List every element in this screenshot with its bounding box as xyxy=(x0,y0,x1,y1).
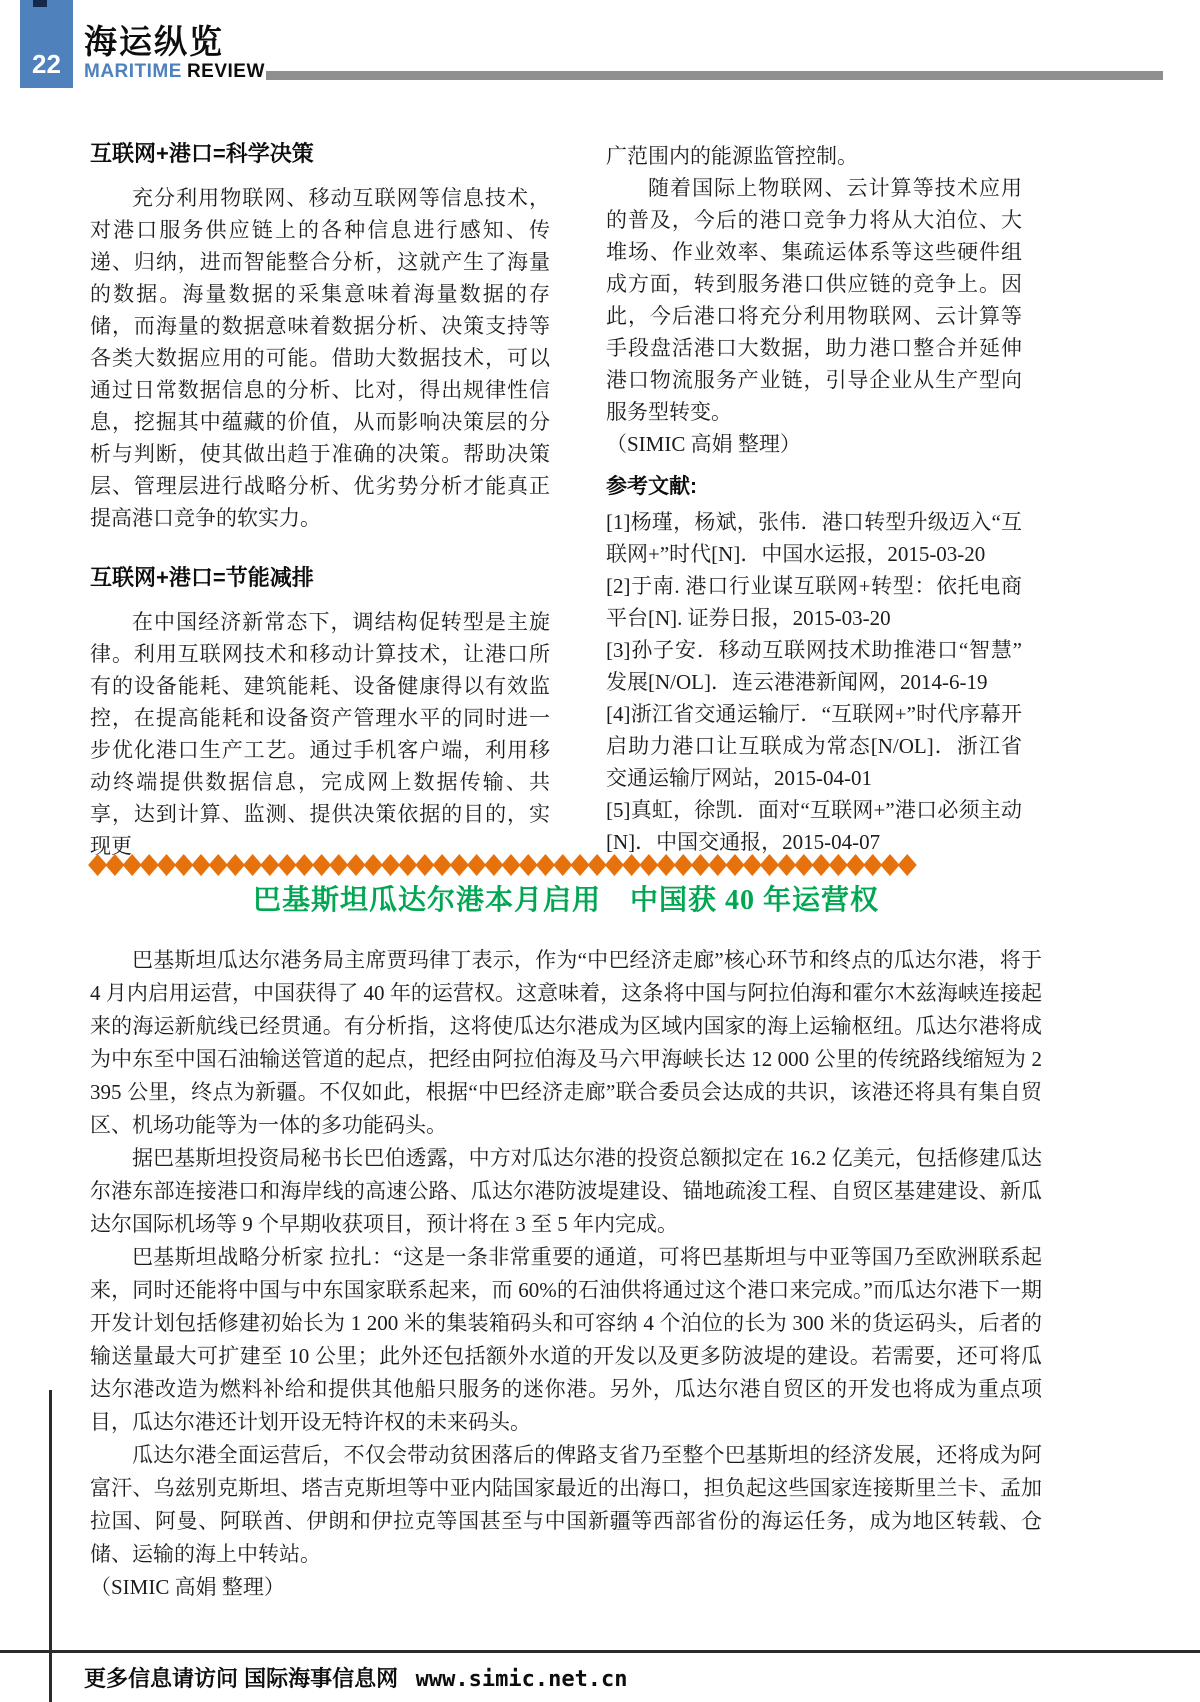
reference-item: [3]孙子安．移动互联网技术助推港口“智慧”发展[N/OL]．连云港港新闻网，2… xyxy=(606,634,1022,698)
header-corner-mark xyxy=(33,0,47,7)
column-title-chinese: 海运纵览 xyxy=(84,24,265,60)
magazine-page: 22 海运纵览 MARITIMEREVIEW 互联网+港口=科学决策 充分利用物… xyxy=(0,0,1200,1702)
reference-item: [1]杨瑾，杨斌，张伟．港口转型升级迈入“互联网+”时代[N]．中国水运报，20… xyxy=(606,506,1022,570)
article2-byline: （SIMIC 高娟 整理） xyxy=(90,1571,1042,1604)
page-footer: 更多信息请访问 国际海事信息网 www.simic.net.cn xyxy=(84,1662,628,1693)
paragraph-continuation: 广范围内的能源监管控制。 xyxy=(606,140,1022,172)
references-heading: 参考文献: xyxy=(606,472,1022,502)
page-number-box: 22 xyxy=(20,0,73,88)
reference-item: [4]浙江省交通运输厅．“互联网+”时代序幕开启助力港口让互联成为常态[N/OL… xyxy=(606,698,1022,794)
article1-two-column-section: 互联网+港口=科学决策 充分利用物联网、移动互联网等信息技术，对港口服务供应链上… xyxy=(90,140,1022,862)
paragraph: 巴基斯坦战略分析家 拉扎：“这是一条非常重要的通道，可将巴基斯坦与中亚等国乃至欧… xyxy=(90,1241,1042,1439)
paragraph: 巴基斯坦瓜达尔港务局主席贾玛律丁表示，作为“中巴经济走廊”核心环节和终点的瓜达尔… xyxy=(90,944,1042,1142)
column-title-english: MARITIMEREVIEW xyxy=(84,62,265,81)
article2-title: 巴基斯坦瓜达尔港本月启用 中国获 40 年运营权 xyxy=(90,884,1042,918)
paragraph: 据巴基斯坦投资局秘书长巴伯透露，中方对瓜达尔港的投资总额拟定在 16.2 亿美元… xyxy=(90,1142,1042,1241)
reference-item: [2]于南. 港口行业谋互联网+转型：依托电商平台[N]. 证券日报，2015-… xyxy=(606,570,1022,634)
section-heading-energy-saving: 互联网+港口=节能减排 xyxy=(90,564,550,592)
paragraph: 充分利用物联网、移动互联网等信息技术，对港口服务供应链上的各种信息进行感知、传递… xyxy=(90,182,550,534)
column-title-english-word2: REVIEW xyxy=(187,61,265,82)
article1-byline: （SIMIC 高娟 整理） xyxy=(606,428,1022,460)
footer-label: 更多信息请访问 国际海事信息网 xyxy=(84,1666,398,1691)
left-crop-mark-line xyxy=(49,1390,52,1702)
diamond-divider: ◆◆◆◆◆◆◆◆◆◆◆◆◆◆◆◆◆◆◆◆◆◆◆◆◆◆◆◆◆◆◆◆◆◆◆◆◆◆◆◆… xyxy=(88,846,1022,885)
article1-right-column: 广范围内的能源监管控制。 随着国际上物联网、云计算等技术应用的普及，今后的港口竞… xyxy=(606,140,1022,862)
article2-section: 巴基斯坦瓜达尔港本月启用 中国获 40 年运营权 巴基斯坦瓜达尔港务局主席贾玛律… xyxy=(90,884,1042,1604)
paragraph: 瓜达尔港全面运营后，不仅会带动贫困落后的俾路支省乃至整个巴基斯坦的经济发展，还将… xyxy=(90,1439,1042,1571)
page-number: 22 xyxy=(32,49,61,80)
column-title-english-word1: MARITIME xyxy=(84,61,182,82)
header-rule xyxy=(266,71,1163,80)
paragraph: 随着国际上物联网、云计算等技术应用的普及，今后的港口竞争力将从大泊位、大堆场、作… xyxy=(606,172,1022,428)
footer-rule-line xyxy=(0,1650,1200,1653)
page-header: 海运纵览 MARITIMEREVIEW xyxy=(84,24,265,81)
paragraph: 在中国经济新常态下，调结构促转型是主旋律。利用互联网技术和移动计算技术，让港口所… xyxy=(90,606,550,862)
article1-left-column: 互联网+港口=科学决策 充分利用物联网、移动互联网等信息技术，对港口服务供应链上… xyxy=(90,140,550,862)
footer-url: www.simic.net.cn xyxy=(416,1667,628,1692)
section-heading-science-decision: 互联网+港口=科学决策 xyxy=(90,140,550,168)
